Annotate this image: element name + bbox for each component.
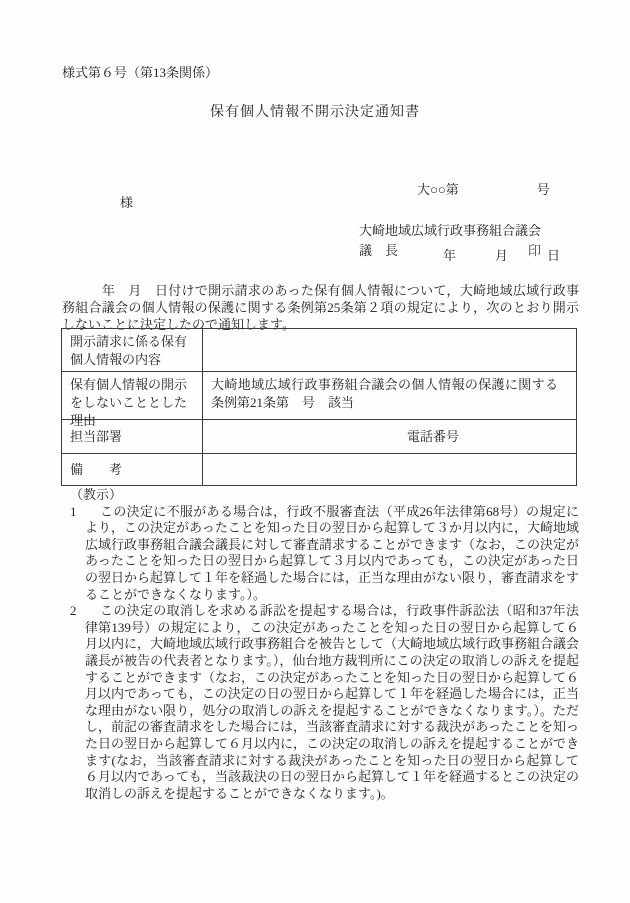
sender-title: 議 長 xyxy=(359,241,398,261)
row-label: 保有個人情報の開示をしないこととした理由 xyxy=(62,372,203,419)
instruction-item-1: 1 この決定に不服がある場合は，行政不服審査法（平成26年法律第68号）の規定に… xyxy=(62,504,579,604)
instructions-section: （教示） 1 この決定に不服がある場合は，行政不服審査法（平成26年法律第68号… xyxy=(62,487,579,802)
document-number-line: 大○○第 号 xyxy=(417,179,560,201)
phone-label: 電話番号 xyxy=(407,428,459,446)
opening-paragraph: 年 月 日付けで開示請求のあった保有個人情報について，大崎地域広域行政事務組合議… xyxy=(62,282,579,333)
row-value: 電話番号 xyxy=(203,420,576,453)
instruction-number: 2 xyxy=(70,603,85,802)
instructions-heading: （教示） xyxy=(70,487,579,504)
instruction-number: 1 xyxy=(70,504,85,604)
table-row-reason: 保有個人情報の開示をしないこととした理由 大崎地域広域行政事務組合議会の個人情報… xyxy=(62,372,576,420)
sender-organization: 大崎地域広域行政事務組合議会 xyxy=(359,221,541,241)
info-table: 開示請求に係る保有個人情報の内容 保有個人情報の開示をしないこととした理由 大崎… xyxy=(61,328,577,486)
instruction-text: この決定の取消しを求める訴訟を提起する場合は，行政事件訴訟法（昭和37年法律第1… xyxy=(85,603,579,802)
form-number: 様式第６号（第13条関係） xyxy=(62,62,218,81)
document-page: 様式第６号（第13条関係） 保有個人情報不開示決定通知書 大○○第 号 年 月 … xyxy=(0,0,630,903)
row-value xyxy=(203,454,576,485)
row-label: 開示請求に係る保有個人情報の内容 xyxy=(62,329,203,371)
row-value xyxy=(203,329,576,371)
table-row-request-content: 開示請求に係る保有個人情報の内容 xyxy=(62,329,576,372)
seal-mark: 印 xyxy=(528,241,541,261)
document-title: 保有個人情報不開示決定通知書 xyxy=(0,101,630,121)
instruction-item-2: 2 この決定の取消しを求める訴訟を提起する場合は，行政事件訴訟法（昭和37年法律… xyxy=(62,603,579,802)
row-label: 備 考 xyxy=(62,454,203,485)
sender-block: 大崎地域広域行政事務組合議会 議 長 印 xyxy=(359,221,541,261)
instruction-text: この決定に不服がある場合は，行政不服審査法（平成26年法律第68号）の規定により… xyxy=(85,504,579,604)
table-row-department: 担当部署 電話番号 xyxy=(62,420,576,454)
table-row-remarks: 備 考 xyxy=(62,454,576,485)
sender-title-line: 議 長 印 xyxy=(359,241,541,261)
row-label: 担当部署 xyxy=(62,420,203,453)
row-value: 大崎地域広域行政事務組合議会の個人情報の保護に関する条例第21条第 号 該当 xyxy=(203,372,576,419)
addressee-suffix: 様 xyxy=(120,192,133,211)
